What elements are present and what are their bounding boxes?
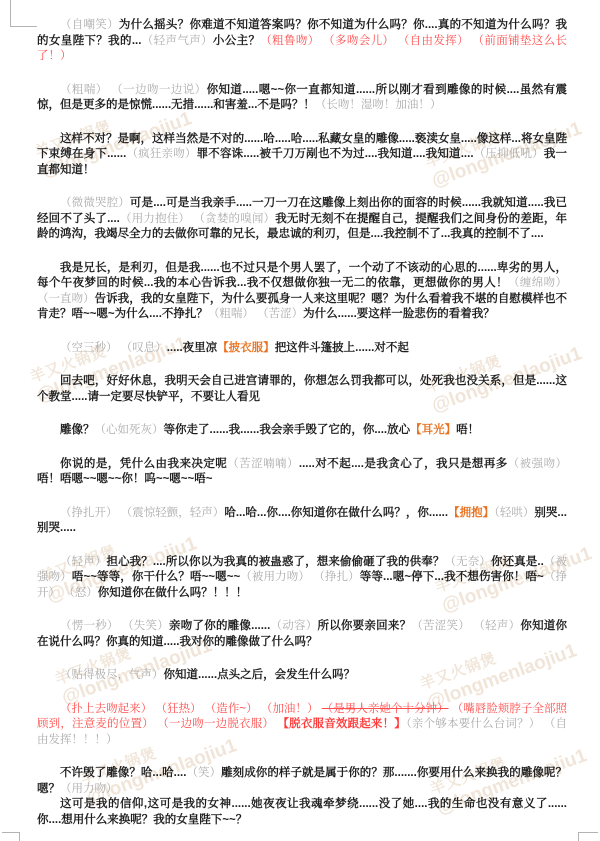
dialogue-text: 你知道你在做什么吗？！！！ <box>98 587 248 599</box>
stage-direction: （空三秒） （叹息） <box>60 342 167 354</box>
stage-direction: （心如死灰） <box>95 424 164 436</box>
dialogue-text: 罪不容诛.....被千刀万剐也不为过....我知道....我知道.... <box>197 148 474 160</box>
script-body: （自嘲笑）为什么摇头？你难道不知道答案吗？你不知道为什么吗？你....真的不知道… <box>37 18 567 841</box>
script-paragraph: 你说的是，凭什么由我来决定呢（苦涩喃喃）.....对不起....是我贪心了，我只… <box>37 457 567 488</box>
stage-direction: （用力抱住） （贪婪的嗅闻） <box>120 213 275 225</box>
script-paragraph: 回去吧，好好休息，我明天会自己进宫请罪的，你想怎么罚我都可以，处死我也没关系，但… <box>37 374 567 405</box>
dialogue-text: 唔！ <box>456 424 479 436</box>
stage-direction: （动容） <box>270 620 317 632</box>
dialogue-text: 所以你要亲回来？ <box>317 620 411 632</box>
script-paragraph: （自嘲笑）为什么摇头？你难道不知道答案吗？你不知道为什么吗？你....真的不知道… <box>37 18 567 65</box>
stage-direction: （苦涩笑） （轻声） <box>411 620 520 632</box>
dialogue-text: 担心我？....所以你以为我真的被蛊惑了，想来偷偷砸了我的供奉？ <box>106 556 444 568</box>
script-paragraph: （轻声）担心我？....所以你以为我真的被蛊惑了，想来偷偷砸了我的供奉？（无奈）… <box>37 555 567 602</box>
dialogue-text: 亲吻了你的雕像...... <box>169 620 270 632</box>
script-paragraph: （扑上去吻起来） （狂热） （造作~） （加油！） （是男人亲她个十分钟） （嘴… <box>37 702 567 749</box>
stage-direction: （用力吻） <box>60 783 118 795</box>
dialogue-text: 你说的是，凭什么由我来决定呢 <box>60 458 227 470</box>
stage-direction: （贴得极尽，气声） <box>60 669 164 681</box>
dialogue-text: 回去吧，好好休息，我明天会自己进宫请罪的，你想怎么罚我都可以，处死我也没关系，但… <box>37 375 567 403</box>
dialogue-text: 唔！唔嗯~~嗯~~你！呜~~嗯~~唔~ <box>37 473 212 485</box>
dialogue-text: 我是兄长，是利刃，但是我......也不过只是个男人罢了，一个动了不该动的心思的… <box>37 262 567 290</box>
stage-direction: （愣一秒） （失笑） <box>60 620 169 632</box>
dialogue-text: 你知道......点头之后，会发生什么吗？ <box>164 669 356 681</box>
stage-direction: （无奈） <box>445 556 491 568</box>
stage-direction: （挣扎开） （震惊轻颤，轻声） <box>60 507 224 519</box>
script-paragraph: 这可是我的信仰,这可是我的女神......她夜夜让我魂牵梦绕......没了她.… <box>37 797 567 828</box>
struck-red-annotation: （是男人亲她个十分钟） <box>322 703 449 715</box>
dialogue-text: 把这件斗篷披上......对不起 <box>275 342 409 354</box>
stage-direction: （微微哭腔） <box>60 197 130 209</box>
stage-direction: （疯狂亲吻） <box>126 148 196 160</box>
script-paragraph: 这样不对？是啊，这样当然是不对的......哈.....哈.....私藏女皇的雕… <box>37 132 567 179</box>
script-paragraph: （挣扎开） （震惊轻颤，轻声）哈...哈...你....你知道你在做什么吗？，你… <box>37 506 567 537</box>
page-margin-mark-bottom-left <box>2 832 20 841</box>
script-paragraph: 雕像？（心如死灰）等你走了......我......我会亲手毁了它的，你....… <box>37 423 567 439</box>
dialogue-text: .....对不起....是我贪心了，我只是想再多 <box>299 458 508 470</box>
dialogue-text: 为什么......要这样一脸悲伤的看着我？ <box>303 308 495 320</box>
action-effect-tag: 【耳光】 <box>410 424 456 436</box>
dialogue-text: 小公主？ <box>213 35 260 47</box>
dialogue-text: 这可是我的信仰,这可是我的女神......她夜夜让我魂牵梦绕......没了她.… <box>37 798 567 826</box>
stage-direction: （长吻！湿吻！加油！） <box>315 99 442 111</box>
script-paragraph: （粗喘） （一边吻一边说）你知道.....嗯~~你一直都知道......所以刚才… <box>37 83 567 114</box>
dialogue-text: 等你走了......我......我会亲手毁了它的，你....放心 <box>164 424 411 436</box>
stage-direction: （轻声气声） <box>141 35 212 47</box>
action-effect-tag: 【拥抱】 <box>448 507 494 519</box>
stage-direction: （粗喘） （一边吻一边说） <box>60 84 207 96</box>
sound-effect-tag: 【脱衣服音效跟起来！】 <box>277 718 406 730</box>
script-paragraph: （微微哭腔）可是....可是当我亲手.....一刀一刀在这雕像上刻出你的面容的时… <box>37 196 567 243</box>
script-paragraph: 不许毁了雕像？哈...哈....（笑）雕刻成你的样子就是属于你的？那......… <box>37 766 567 797</box>
dialogue-text: 雕像？ <box>60 424 95 436</box>
dialogue-text: 哈...哈...你....你知道你在做什么吗？，你...... <box>224 507 448 519</box>
script-paragraph: （空三秒） （叹息）.....夜里凉【披衣服】把这件斗篷披上......对不起 <box>37 341 567 357</box>
dialogue-text: 唔~~等等，你干什么？唔~~嗯~~ <box>72 571 240 583</box>
dialogue-text: .....夜里凉 <box>167 342 217 354</box>
stage-direction: （压抑低吼） <box>474 148 544 160</box>
page-margin-mark-top-left <box>10 0 37 27</box>
stage-direction: （轻声） <box>60 556 106 568</box>
dialogue-text: 不许毁了雕像？哈...哈.... <box>60 767 186 779</box>
stage-direction: （笑） <box>186 767 221 779</box>
red-annotation: （扑上去吻起来） （狂热） （造作~） （加油！） <box>60 703 322 715</box>
page-margin-mark-bottom-right <box>578 832 598 841</box>
stage-direction: （被用力吻） （挣扎） <box>240 571 360 583</box>
action-effect-tag: 【披衣服】 <box>217 342 275 354</box>
script-paragraph: 我是兄长，是利刃，但是我......也不过只是个男人罢了，一个动了不该动的心思的… <box>37 261 567 323</box>
stage-direction: （粗喘） （苦涩） <box>208 308 303 320</box>
script-paragraph: （愣一秒） （失笑）亲吻了你的雕像......（动容）所以你要亲回来？（苦涩笑）… <box>37 619 567 650</box>
stage-direction: （轻哄） <box>494 507 534 519</box>
stage-direction: （苦涩喃喃） <box>227 458 299 470</box>
dialogue-text: 等等...嗯~停下...我不想伤害你！唔~ <box>360 571 544 583</box>
stage-direction: （自嘲笑） <box>60 19 119 31</box>
stage-direction: （被强吻） <box>508 458 567 470</box>
dialogue-text: 你还真是.. <box>491 556 544 568</box>
script-paragraph: （贴得极尽，气声）你知道......点头之后，会发生什么吗？ <box>37 668 567 684</box>
